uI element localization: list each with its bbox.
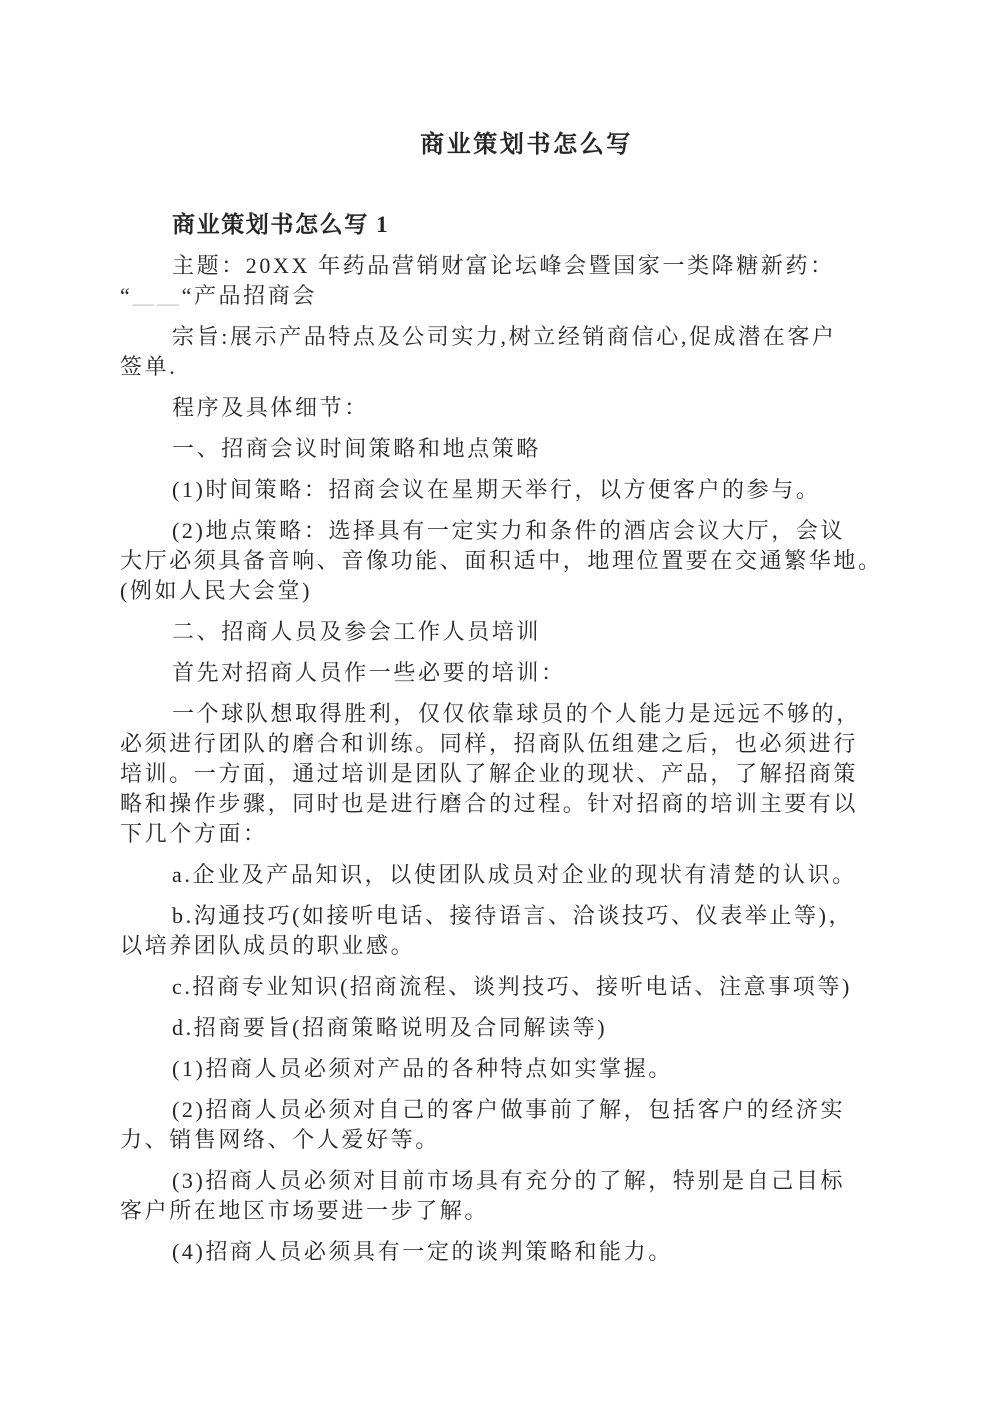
paragraph-item-b: b.沟通技巧(如接听电话、接待语言、洽谈技巧、仪表举止等)， 以培养团队成员的职… bbox=[120, 901, 885, 961]
fill-in-blank: ＿＿ bbox=[132, 283, 181, 308]
paragraph-location-strategy: (2)地点策略：选择具有一定实力和条件的酒店会议大厅，会议 大厅必须具备音响、音… bbox=[120, 516, 885, 606]
paragraph-time-strategy: (1)时间策略：招商会议在星期天举行，以方便客户的参与。 bbox=[120, 475, 885, 505]
paragraph-item-d: d.招商要旨(招商策略说明及合同解读等) bbox=[120, 1013, 885, 1043]
paragraph-team-analogy: 一个球队想取得胜利，仅仅依靠球员的个人能力是远远不够的， 必须进行团队的磨合和训… bbox=[120, 699, 885, 849]
paragraph-section-two-heading: 二、招商人员及参会工作人员培训 bbox=[120, 617, 885, 647]
paragraph-requirement-2: (2)招商人员必须对自己的客户做事前了解，包括客户的经济实 力、销售网络、个人爱… bbox=[120, 1095, 885, 1155]
paragraph-item-c: c.招商专业知识(招商流程、谈判技巧、接听电话、注意事项等) bbox=[120, 972, 885, 1002]
paragraph-training-intro: 首先对招商人员作一些必要的培训： bbox=[120, 658, 885, 688]
paragraph-section-one-heading: 一、招商会议时间策略和地点策略 bbox=[120, 434, 885, 464]
theme-text-after-blank: “产品招商会 bbox=[182, 283, 317, 308]
document-title: 商业策划书怎么写 bbox=[120, 128, 885, 162]
document-body: 主题：20XX 年药品营销财富论坛峰会暨国家一类降糖新药： “＿＿“产品招商会 … bbox=[120, 251, 885, 1267]
document-page: 商业策划书怎么写 商业策划书怎么写 1 主题：20XX 年药品营销财富论坛峰会暨… bbox=[0, 0, 993, 1404]
paragraph-requirement-1: (1)招商人员必须对产品的各种特点如实掌握。 bbox=[120, 1054, 885, 1084]
paragraph-requirement-4: (4)招商人员必须具有一定的谈判策略和能力。 bbox=[120, 1237, 885, 1267]
section-heading: 商业策划书怎么写 1 bbox=[120, 210, 885, 240]
paragraph-purpose: 宗旨:展示产品特点及公司实力,树立经销商信心,促成潜在客户 签单. bbox=[120, 322, 885, 382]
paragraph-procedure-intro: 程序及具体细节： bbox=[120, 393, 885, 423]
paragraph-requirement-3: (3)招商人员必须对目前市场具有充分的了解，特别是自己目标 客户所在地区市场要进… bbox=[120, 1166, 885, 1226]
paragraph-item-a: a.企业及产品知识，以使团队成员对企业的现状有清楚的认识。 bbox=[120, 860, 885, 890]
paragraph-theme: 主题：20XX 年药品营销财富论坛峰会暨国家一类降糖新药： “＿＿“产品招商会 bbox=[120, 251, 885, 311]
